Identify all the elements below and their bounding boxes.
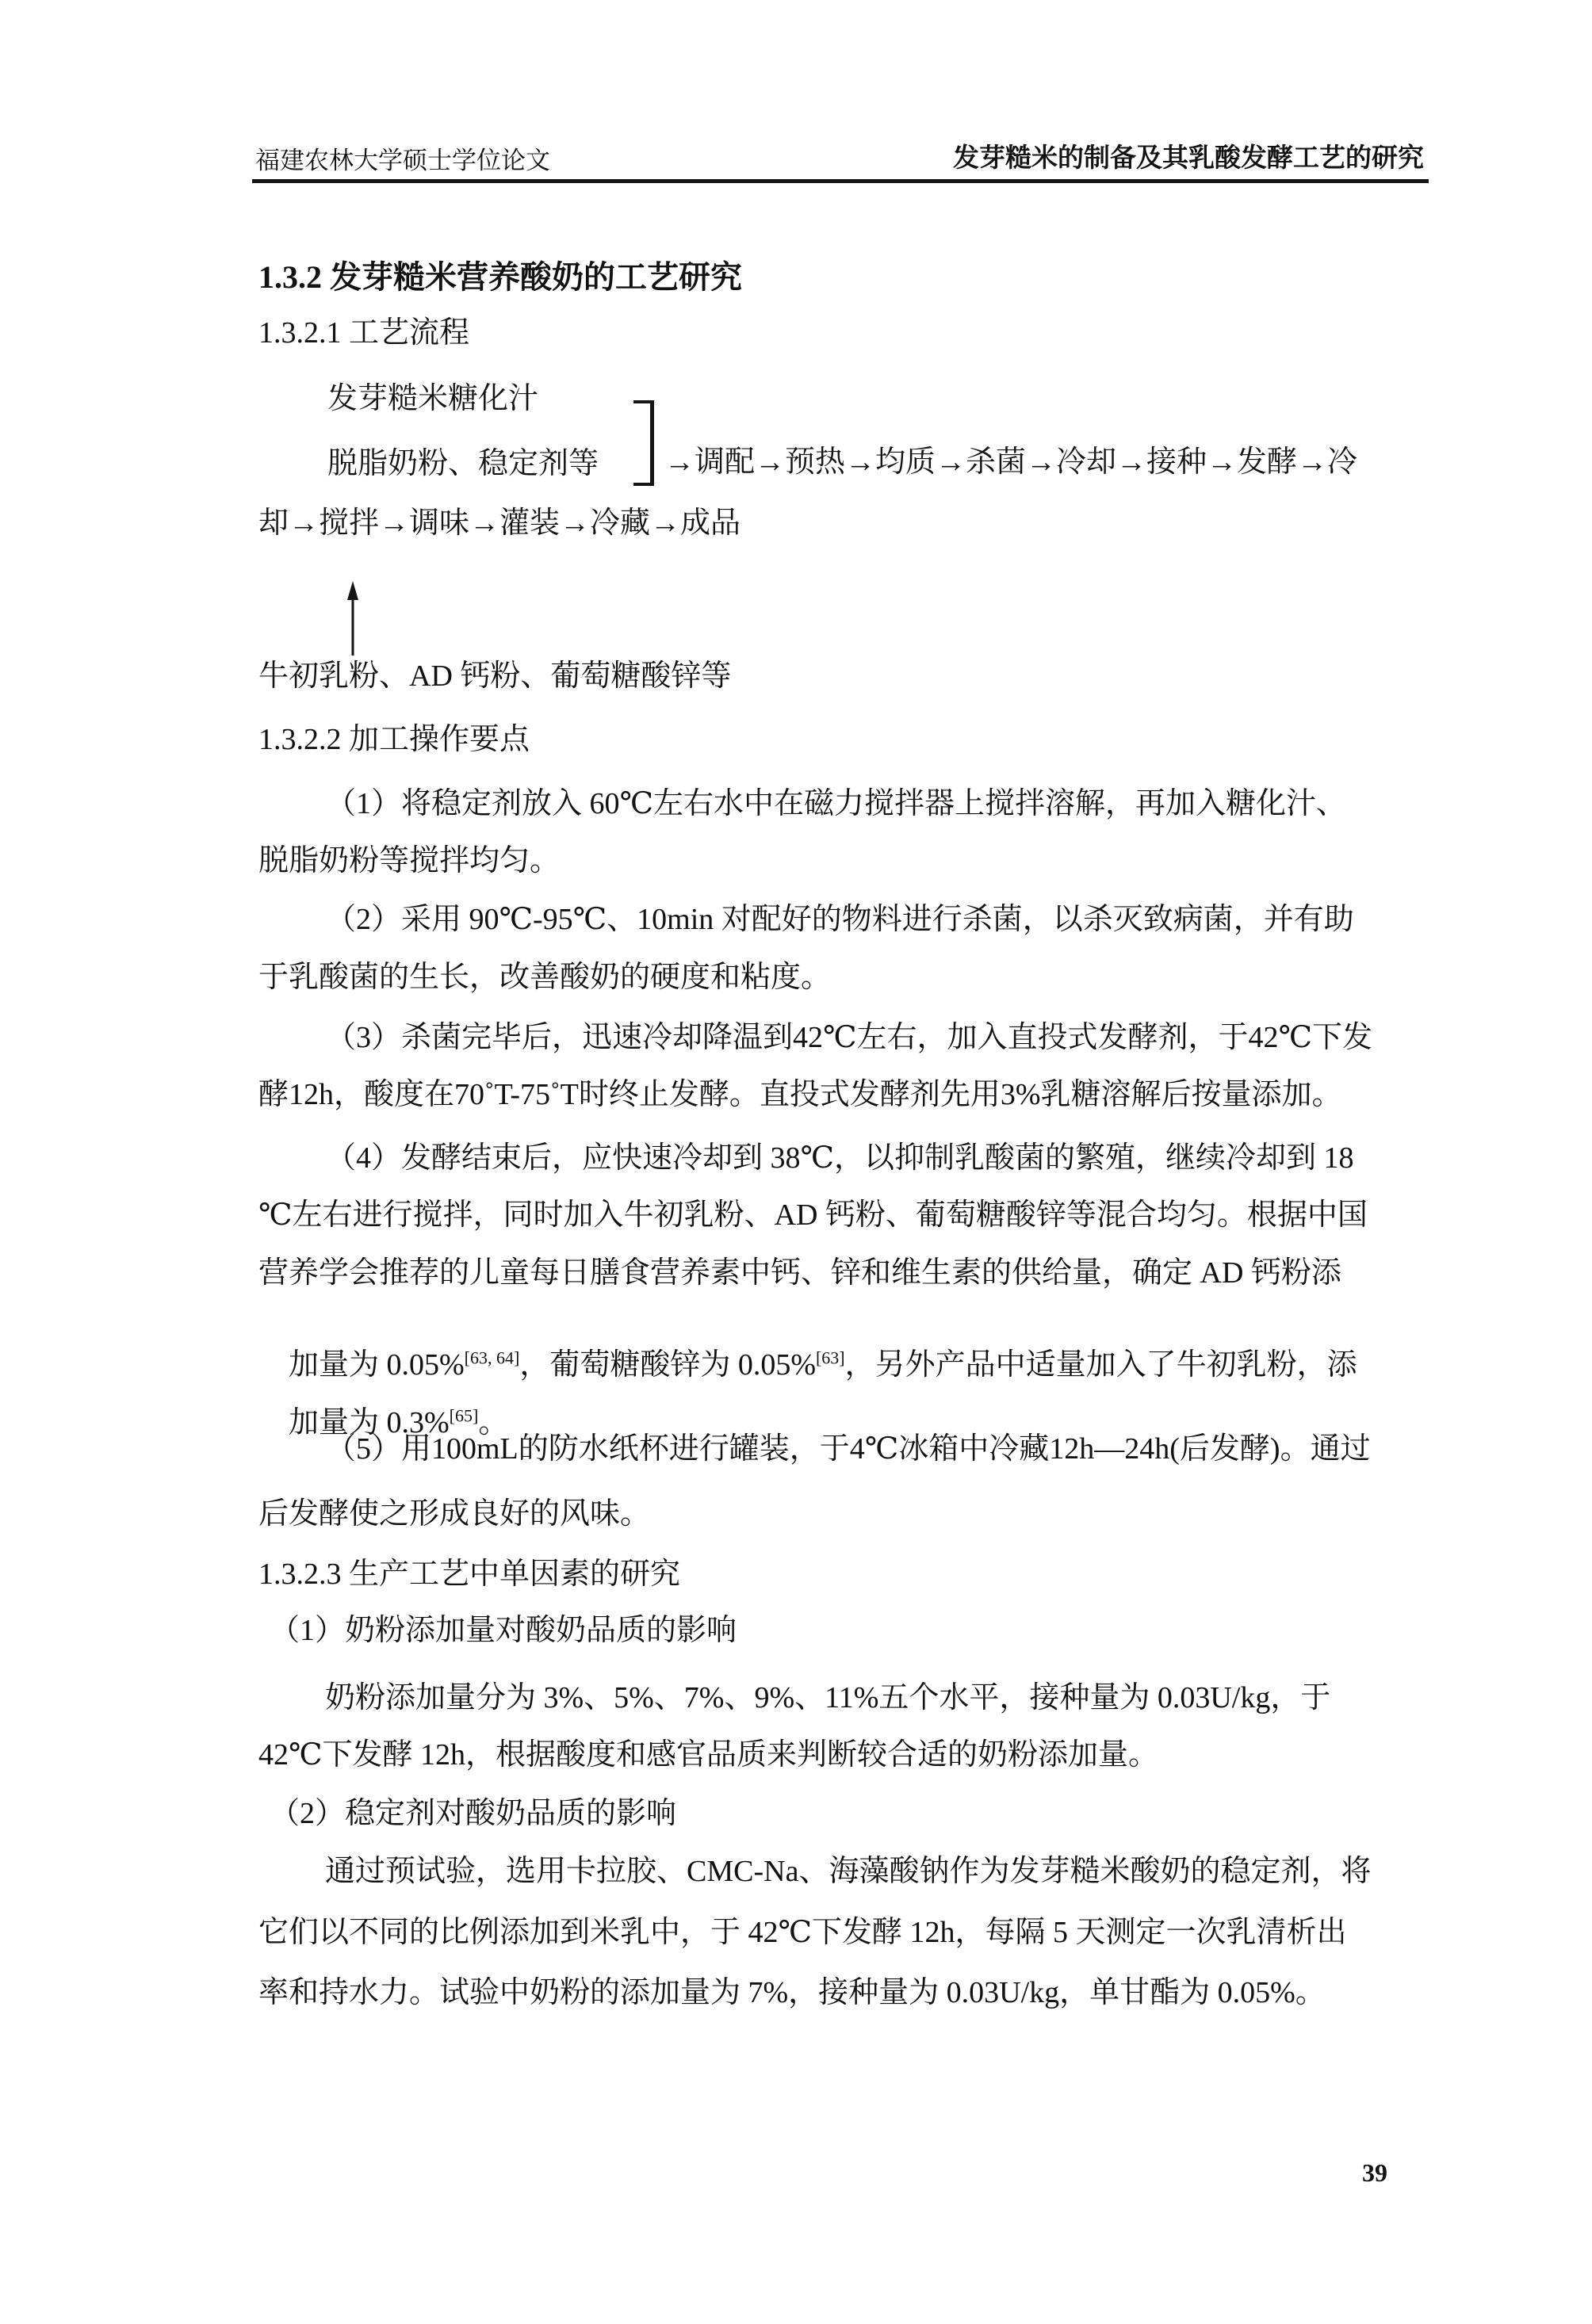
flow-process-line-1: →调配→预热→均质→杀菌→冷却→接种→发酵→冷: [664, 446, 1357, 480]
citation-ref-63: [63]: [816, 1347, 845, 1367]
para-2-line-2: 于乳酸菌的生长，改善酸奶的硬度和粘度。: [258, 961, 831, 995]
para-4-line-4-text-b: ，葡萄糖酸锌为 0.05%: [519, 1348, 816, 1382]
heading-1-3-2-2: 1.3.2.2 加工操作要点: [258, 724, 530, 757]
heading-1-3-2-3: 1.3.2.3 生产工艺中单因素的研究: [258, 1558, 680, 1592]
para-4-line-2: ℃左右进行搅拌，同时加入牛初乳粉、AD 钙粉、葡萄糖酸锌等混合均匀。根据中国: [258, 1199, 1368, 1233]
para-2-line-1: （2）采用 90℃-95℃、10min 对配好的物料进行杀菌，以杀灭致病菌，并有…: [326, 904, 1354, 937]
para-4-line-3: 营养学会推荐的儿童每日膳食营养素中钙、锌和维生素的供给量，确定 AD 钙粉添: [258, 1257, 1341, 1290]
single-factor-item-2-line-2: 它们以不同的比例添加到米乳中，于 42℃下发酵 12h，每隔 5 天测定一次乳清…: [258, 1917, 1347, 1950]
para-1-line-2: 脱脂奶粉等搅拌均匀。: [258, 845, 560, 878]
header-left-title: 福建农林大学硕士学位论文: [255, 147, 550, 174]
flow-input-bottom: 脱脂奶粉、稳定剂等: [327, 448, 599, 481]
flow-up-arrow-icon: [341, 581, 365, 657]
flow-process-line-2: 却→搅拌→调味→灌装→冷藏→成品: [258, 507, 741, 541]
para-4-line-1: （4）发酵结束后，应快速冷却到 38℃，以抑制乳酸菌的繁殖，继续冷却到 18: [326, 1142, 1354, 1175]
single-factor-item-1-title: （1）奶粉添加量对酸奶品质的影响: [270, 1615, 737, 1648]
heading-1-3-2-1: 1.3.2.1 工艺流程: [258, 317, 469, 350]
single-factor-item-2-title: （2）稳定剂对酸奶品质的影响: [270, 1798, 676, 1831]
para-5-line-1: （5）用100mL的防水纸杯进行罐装，于4℃冰箱中冷藏12h—24h(后发酵)。…: [326, 1433, 1371, 1466]
flow-additives-note: 牛初乳粉、AD 钙粉、葡萄糖酸锌等: [258, 660, 731, 694]
flow-input-top: 发芽糙米糖化汁: [327, 383, 538, 416]
para-3-line-2: 酵12h，酸度在70˚T-75˚T时终止发酵。直投式发酵剂先用3%乳糖溶解后按量…: [258, 1079, 1342, 1112]
para-1-line-1: （1）将稳定剂放入 60℃左右水中在磁力搅拌器上搅拌溶解，再加入糖化汁、: [326, 788, 1346, 821]
single-factor-item-1-line-2: 42℃下发酵 12h，根据酸度和感官品质来判断较合适的奶粉添加量。: [258, 1739, 1158, 1772]
para-4-line-4-text-c: ，另外产品中适量加入了牛初乳粉，添: [845, 1348, 1357, 1382]
page-number: 39: [1362, 2159, 1387, 2187]
para-5-line-2: 后发酵使之形成良好的风味。: [258, 1498, 650, 1531]
flow-bracket-icon: [633, 400, 654, 486]
single-factor-item-2-line-1: 通过预试验，选用卡拉胶、CMC-Na、海藻酸钠作为发芽糙米酸奶的稳定剂，将: [325, 1856, 1371, 1889]
para-3-line-1: （3）杀菌完毕后，迅速冷却降温到42℃左右，加入直投式发酵剂，于42℃下发: [326, 1022, 1372, 1055]
citation-ref-63-64: [63, 64]: [465, 1347, 520, 1367]
header-right-title: 发芽糙米的制备及其乳酸发酵工艺的研究: [953, 144, 1424, 173]
thesis-page: 福建农林大学硕士学位论文 发芽糙米的制备及其乳酸发酵工艺的研究 1.3.2 发芽…: [0, 0, 1592, 2324]
heading-1-3-2: 1.3.2 发芽糙米营养酸奶的工艺研究: [258, 260, 742, 295]
citation-ref-65: [65]: [450, 1405, 479, 1425]
header-rule: [252, 179, 1429, 183]
single-factor-item-1-line-1: 奶粉添加量分为 3%、5%、7%、9%、11%五个水平，接种量为 0.03U/k…: [325, 1682, 1330, 1715]
single-factor-item-2-line-3: 率和持水力。试验中奶粉的添加量为 7%，接种量为 0.03U/kg，单甘酯为 0…: [258, 1977, 1326, 2010]
